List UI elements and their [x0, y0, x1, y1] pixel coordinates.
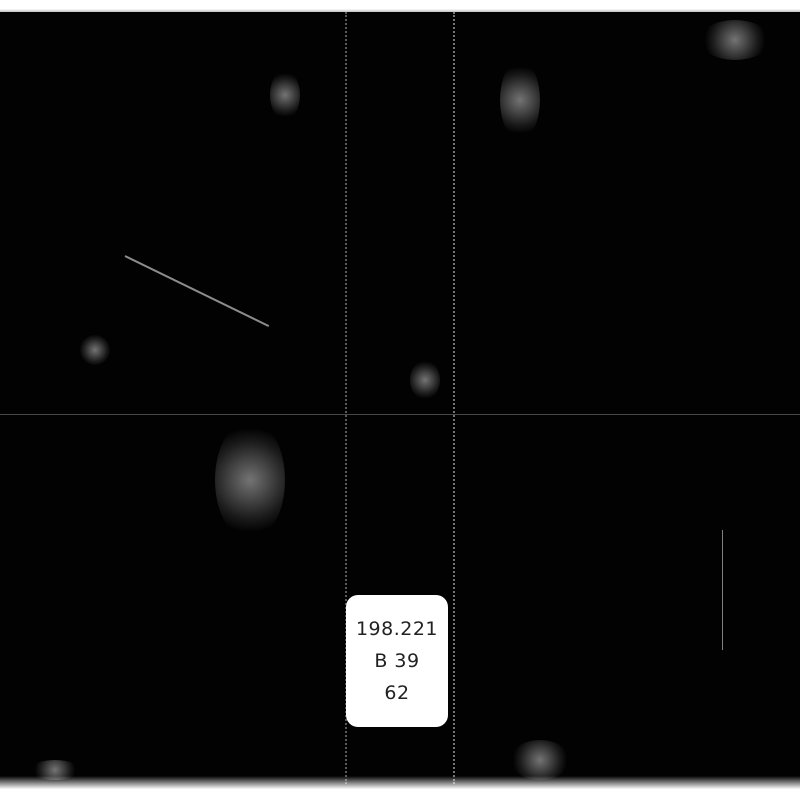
wear-mark: [410, 360, 440, 400]
wear-mark: [700, 20, 770, 60]
horizontal-crease: [0, 414, 800, 415]
call-number-class: 198.221: [346, 616, 448, 642]
wear-mark: [500, 60, 540, 140]
wear-mark: [270, 70, 300, 120]
wear-mark: [215, 420, 285, 540]
wear-mark: [80, 335, 110, 365]
call-number-label: 198.221 B 39 62: [346, 595, 448, 727]
scratch-line: [722, 530, 723, 650]
call-number-suffix: 62: [346, 680, 448, 706]
book-cover-scan: 198.221 B 39 62: [0, 0, 800, 800]
wear-mark: [510, 740, 570, 780]
wear-mark: [30, 760, 80, 780]
call-number-cutter: B 39: [346, 648, 448, 674]
